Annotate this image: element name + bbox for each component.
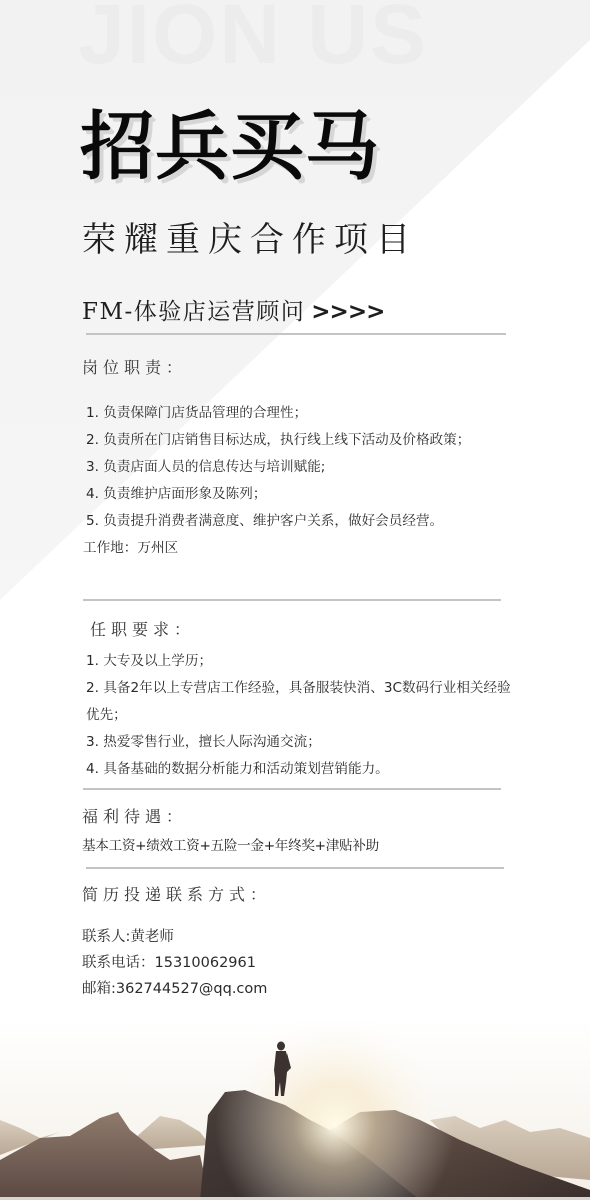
requirements-list: 1. 大专及以上学历； 2. 具备2年以上专营店工作经验，具备服装快消、3C数码… xyxy=(86,648,516,783)
main-title: 招兵买马 xyxy=(80,88,380,194)
list-item: 1. 大专及以上学历； xyxy=(86,648,516,675)
requirements-heading: 任职要求： xyxy=(90,617,195,640)
list-item: 3. 负责店面人员的信息传达与培训赋能; xyxy=(86,454,470,481)
contact-phone[interactable]: 联系电话：15310062961 xyxy=(82,950,267,976)
divider xyxy=(83,788,501,790)
contact-email[interactable]: 邮箱:362744527@qq.com xyxy=(82,976,267,1002)
responsibilities-list: 1. 负责保障门店货品管理的合理性； 2. 负责所在门店销售目标达成，执行线上线… xyxy=(86,400,470,562)
responsibilities-heading: 岗位职责： xyxy=(82,355,187,378)
list-item: 4. 具备基础的数据分析能力和活动策划营销能力。 xyxy=(86,756,516,783)
position-title: FM-体验店运营顾问>>>> xyxy=(82,293,384,326)
contact-heading: 简历投递联系方式： xyxy=(82,882,271,905)
benefits-text: 基本工资+绩效工资+五险一金+年终奖+津贴补助 xyxy=(82,834,379,854)
work-location: 工作地：万州区 xyxy=(83,535,470,562)
list-item: 2. 具备2年以上专营店工作经验，具备服装快消、3C数码行业相关经验优先； xyxy=(86,675,516,729)
position-name: FM-体验店运营顾问 xyxy=(82,299,305,325)
mountain-summit-image xyxy=(0,1020,590,1200)
contact-person: 联系人:黄老师 xyxy=(82,924,267,950)
list-item: 5. 负责提升消费者满意度、维护客户关系，做好会员经营。 xyxy=(86,508,470,535)
divider xyxy=(86,333,506,335)
divider xyxy=(86,867,504,869)
list-item: 2. 负责所在门店销售目标达成，执行线上线下活动及价格政策； xyxy=(86,427,470,454)
list-item: 1. 负责保障门店货品管理的合理性； xyxy=(86,400,470,427)
watermark-text: JION US xyxy=(78,0,428,83)
arrows-icon: >>>> xyxy=(311,299,384,325)
benefits-heading: 福利待遇： xyxy=(82,804,187,827)
divider xyxy=(83,599,501,601)
project-subtitle: 荣耀重庆合作项目 xyxy=(82,212,418,261)
list-item: 4. 负责维护店面形象及陈列； xyxy=(86,481,470,508)
list-item: 3. 热爱零售行业，擅长人际沟通交流； xyxy=(86,729,516,756)
contact-info: 联系人:黄老师 联系电话：15310062961 邮箱:362744527@qq… xyxy=(82,924,267,1002)
